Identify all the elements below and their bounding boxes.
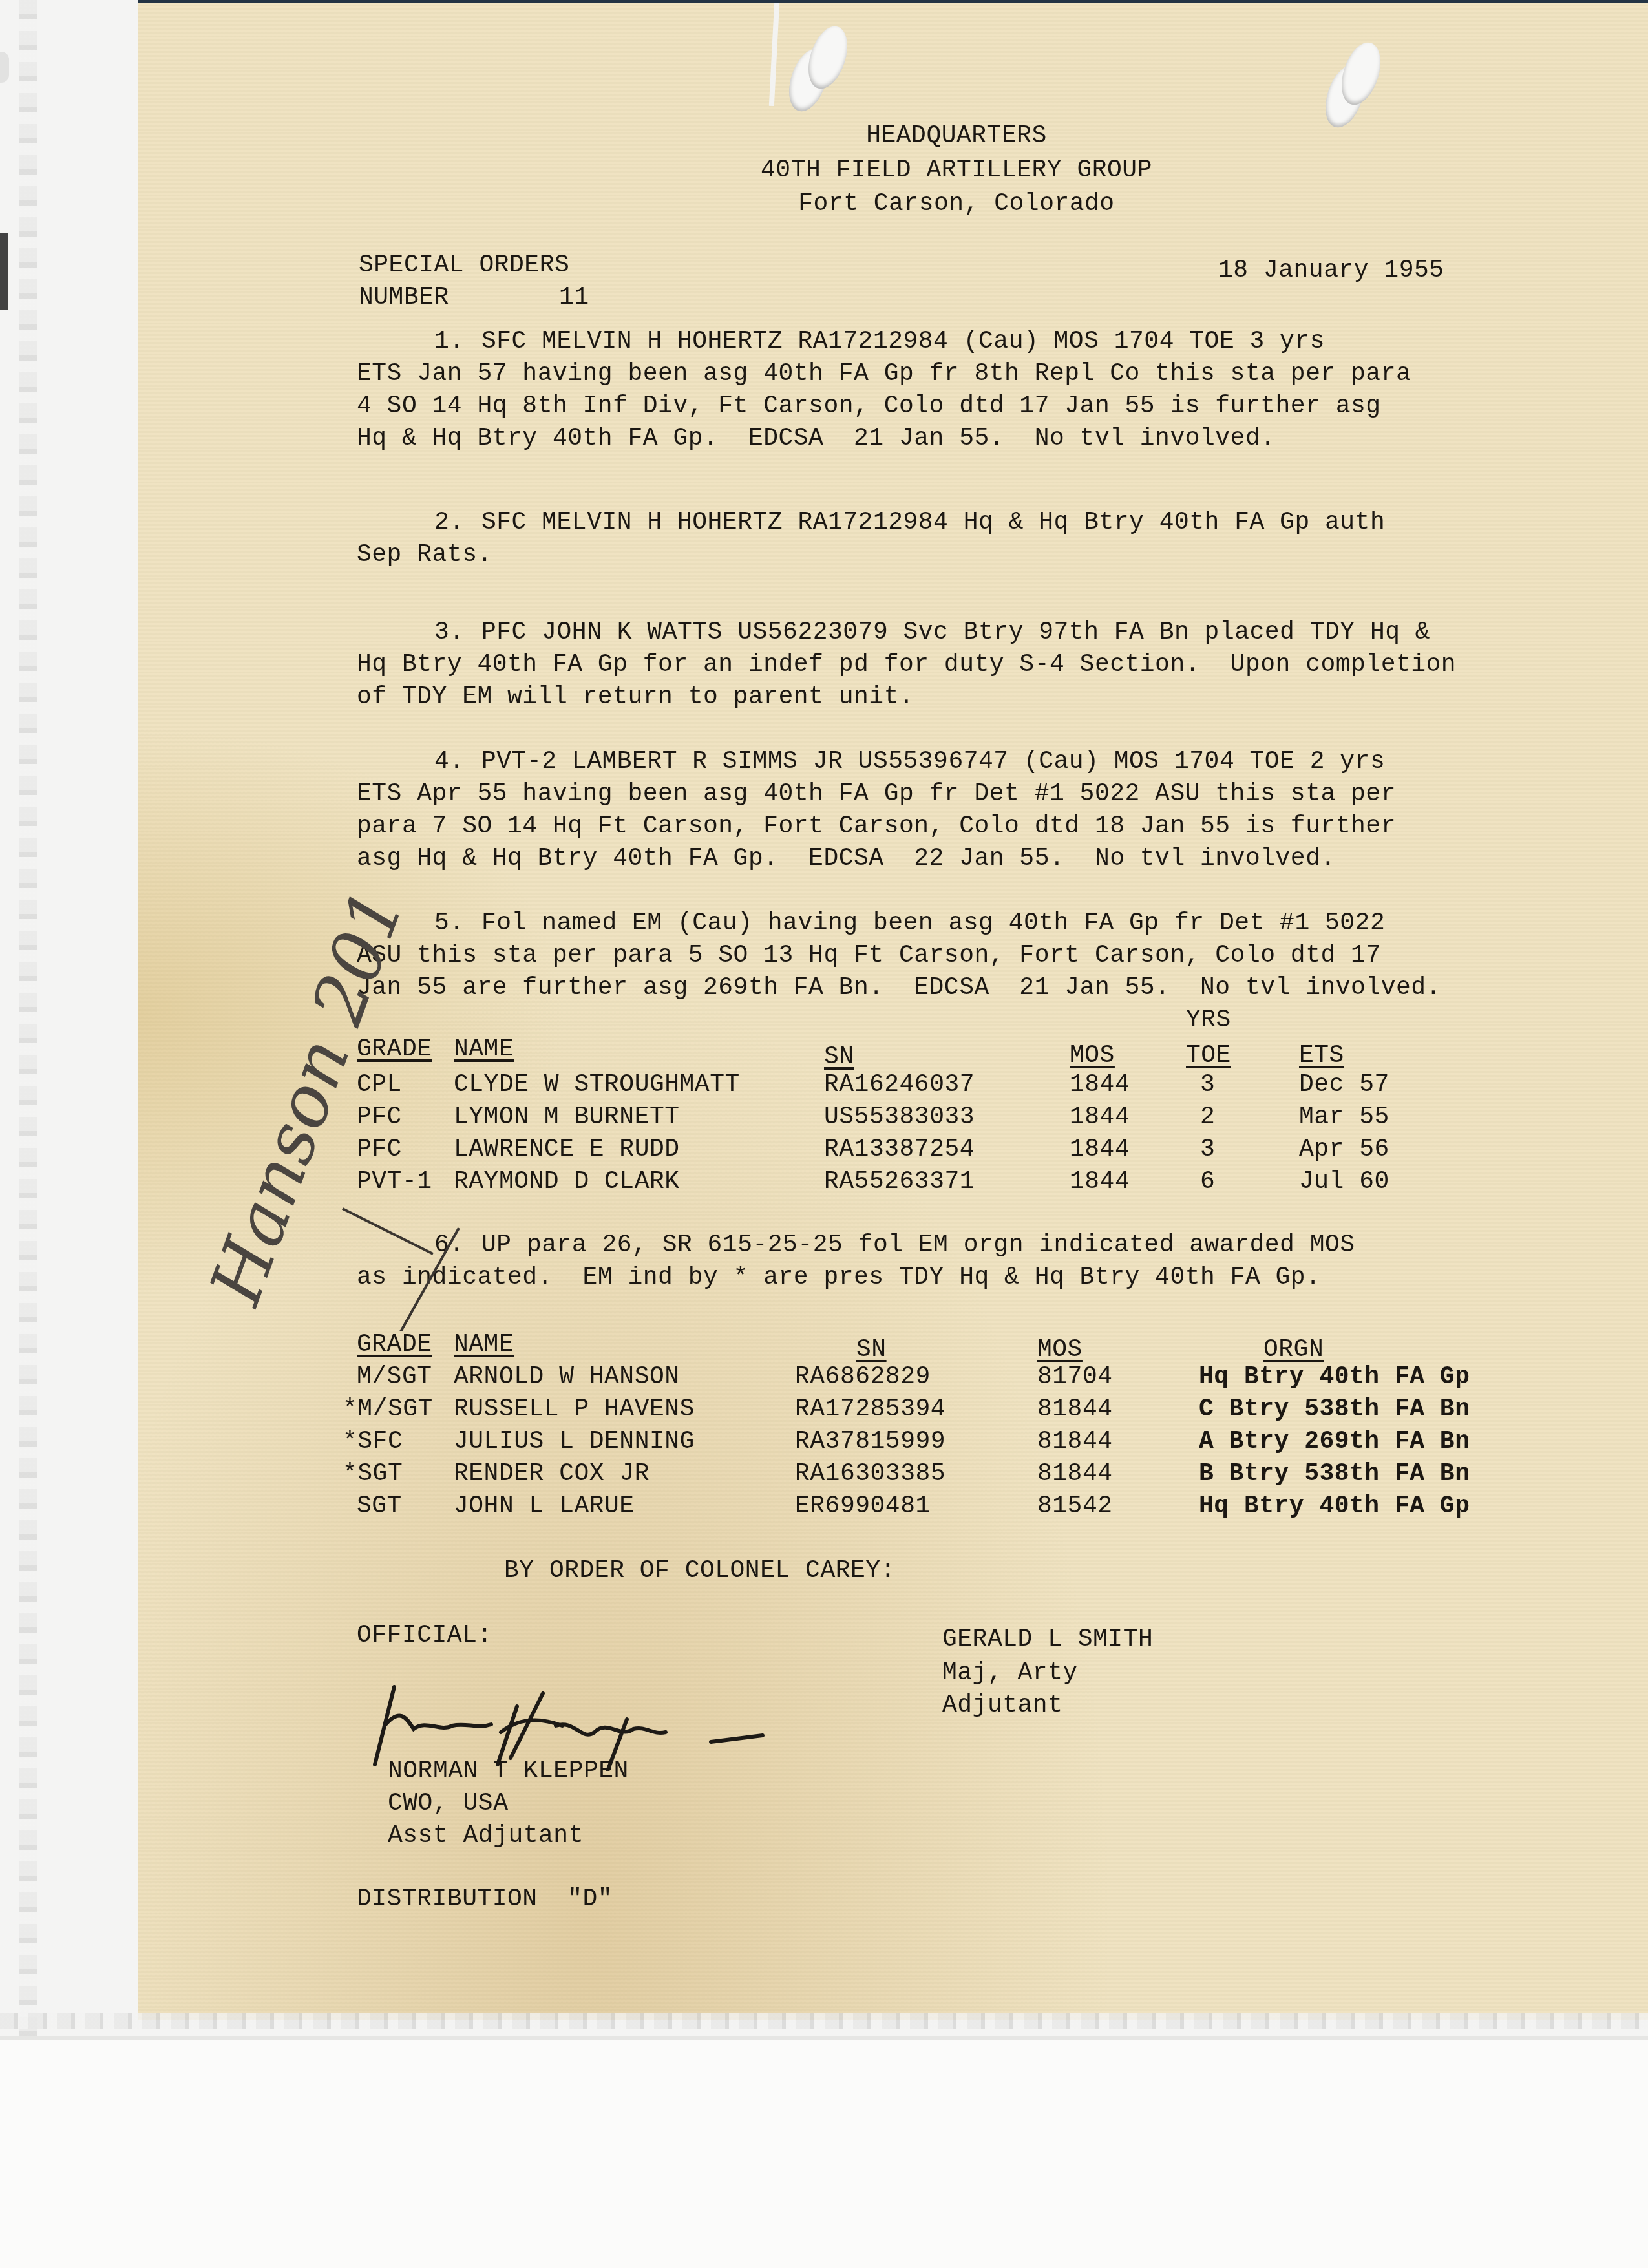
table-cell: Jul 60 [1299, 1170, 1389, 1194]
paragraph-1-line: ETS Jan 57 having been asg 40th FA Gp fr… [357, 362, 1411, 387]
table-cell: LAWRENCE E RUDD [454, 1138, 680, 1162]
paragraph-4-line: asg Hq & Hq Btry 40th FA Gp. EDCSA 22 Ja… [357, 847, 1336, 871]
table-cell: *M/SGT [343, 1397, 433, 1422]
distribution-line: DISTRIBUTION "D" [357, 1887, 613, 1912]
table-cell: C Btry 538th FA Bn [1199, 1397, 1470, 1422]
table-cell: A Btry 269th FA Bn [1199, 1430, 1470, 1454]
order-date: 18 January 1955 [1218, 259, 1444, 283]
table-cell: *SGT [343, 1462, 403, 1487]
paragraph-number: 3. [434, 620, 465, 645]
table-cell: Hq Btry 40th FA Gp [1199, 1494, 1470, 1519]
binder-label-mark [0, 233, 8, 310]
order-number-label: NUMBER [359, 286, 449, 310]
by-order-line: BY ORDER OF COLONEL CAREY: [504, 1559, 896, 1584]
special-orders-title: SPECIAL ORDERS [359, 253, 569, 278]
table-cell: RUSSELL P HAVENS [454, 1397, 695, 1422]
asst-adjutant-title: Asst Adjutant [388, 1824, 584, 1849]
sheet-protector-tab [0, 52, 9, 83]
paragraph-number: 1. [434, 330, 465, 354]
table-cell: CLYDE W STROUGHMATT [454, 1073, 740, 1097]
table-cell: 2 [1200, 1105, 1215, 1130]
table-cell: RA55263371 [824, 1170, 975, 1194]
col-header-yrs: YRS [1186, 1008, 1231, 1033]
table-cell: Apr 56 [1299, 1138, 1389, 1162]
paragraph-5-line: Jan 55 are further asg 269th FA Bn. EDCS… [357, 976, 1441, 1001]
paragraph-3-line: of TDY EM will return to parent unit. [357, 685, 914, 710]
table-cell: 81542 [1037, 1494, 1113, 1519]
official-label: OFFICIAL: [357, 1624, 492, 1648]
col-header-sn: SN [856, 1338, 887, 1362]
table-cell: ARNOLD W HANSON [454, 1365, 680, 1390]
col-header-name: NAME [454, 1037, 514, 1062]
table-cell: 1844 [1070, 1073, 1130, 1097]
table-cell: CPL [357, 1073, 402, 1097]
table-cell: RA16303385 [795, 1462, 945, 1487]
table-cell: Mar 55 [1299, 1105, 1389, 1130]
sheet-protector-bottom-edge [0, 2013, 1648, 2029]
check-mark-icon [336, 1202, 504, 1331]
table-cell: 6 [1200, 1170, 1215, 1194]
paragraph-3-line: PFC JOHN K WATTS US56223079 Svc Btry 97t… [481, 620, 1430, 645]
paragraph-6-line: UP para 26, SR 615-25-25 fol EM orgn ind… [481, 1233, 1355, 1258]
table-cell: PVT-1 [357, 1170, 432, 1194]
table-cell: PFC [357, 1138, 402, 1162]
table-cell: 81704 [1037, 1365, 1113, 1390]
paragraph-4-line: ETS Apr 55 having been asg 40th FA Gp fr… [357, 782, 1396, 807]
adjutant-rank: Maj, Arty [942, 1661, 1078, 1686]
col-header-grade: GRADE [357, 1333, 432, 1357]
table-cell: US55383033 [824, 1105, 975, 1130]
table-cell: 1844 [1070, 1170, 1130, 1194]
table-cell: 3 [1200, 1073, 1215, 1097]
table-cell: PFC [357, 1105, 402, 1130]
table-cell: RA37815999 [795, 1430, 945, 1454]
table-cell: SGT [357, 1494, 402, 1519]
table-cell: RA17285394 [795, 1397, 945, 1422]
adjutant-name: GERALD L SMITH [942, 1627, 1153, 1652]
table-cell: 3 [1200, 1138, 1215, 1162]
paragraph-5-line: ASU this sta per para 5 SO 13 Hq Ft Cars… [357, 944, 1381, 968]
paragraph-number: 5. [434, 911, 465, 936]
paragraph-number: 2. [434, 511, 465, 535]
table-cell: *SFC [343, 1430, 403, 1454]
table-cell: 81844 [1037, 1462, 1113, 1487]
paragraph-2-line: SFC MELVIN H HOHERTZ RA17212984 Hq & Hq … [481, 511, 1385, 535]
col-header-name: NAME [454, 1333, 514, 1357]
asst-adjutant-rank: CWO, USA [388, 1792, 508, 1816]
table-cell: Dec 57 [1299, 1073, 1389, 1097]
paragraph-3-line: Hq Btry 40th FA Gp for an indef pd for d… [357, 653, 1456, 677]
table-cell: RA16246037 [824, 1073, 975, 1097]
letterhead-line-3: Fort Carson, Colorado [646, 192, 1267, 217]
adjutant-title: Adjutant [942, 1693, 1062, 1718]
table-cell: M/SGT [357, 1365, 432, 1390]
letterhead-line-2: 40TH FIELD ARTILLERY GROUP [646, 158, 1267, 183]
table-cell: 1844 [1070, 1138, 1130, 1162]
table-cell: Hq Btry 40th FA Gp [1199, 1365, 1470, 1390]
paragraph-4-line: para 7 SO 14 Hq Ft Carson, Fort Carson, … [357, 814, 1396, 839]
col-header-toe: TOE [1186, 1044, 1231, 1068]
table-cell: JOHN L LARUE [454, 1494, 635, 1519]
col-header-mos: MOS [1070, 1044, 1115, 1068]
col-header-sn: SN [824, 1045, 854, 1070]
sheet-protector-edge [19, 0, 37, 2036]
paragraph-1-line: SFC MELVIN H HOHERTZ RA17212984 (Cau) MO… [481, 330, 1325, 354]
table-cell: RA13387254 [824, 1138, 975, 1162]
col-header-orgn: ORGN [1263, 1338, 1324, 1362]
table-cell: 81844 [1037, 1430, 1113, 1454]
asst-adjutant-name: NORMAN T KLEPPEN [388, 1759, 629, 1784]
table-cell: JULIUS L DENNING [454, 1430, 695, 1454]
table-cell: LYMON M BURNETT [454, 1105, 680, 1130]
paragraph-4-line: PVT-2 LAMBERT R SIMMS JR US55396747 (Cau… [481, 750, 1385, 774]
table-cell: RAYMOND D CLARK [454, 1170, 680, 1194]
table-cell: B Btry 538th FA Bn [1199, 1462, 1470, 1487]
paragraph-1-line: 4 SO 14 Hq 8th Inf Div, Ft Carson, Colo … [357, 394, 1381, 419]
paragraph-1-line: Hq & Hq Btry 40th FA Gp. EDCSA 21 Jan 55… [357, 427, 1276, 451]
paragraph-2-line: Sep Rats. [357, 543, 492, 567]
letterhead-line-1: HEADQUARTERS [646, 124, 1267, 149]
table-cell: 1844 [1070, 1105, 1130, 1130]
paragraph-5-line: Fol named EM (Cau) having been asg 40th … [481, 911, 1385, 936]
paper-crease [769, 3, 779, 106]
table-cell: ER6990481 [795, 1494, 931, 1519]
col-header-mos: MOS [1037, 1338, 1083, 1362]
order-number: 11 [559, 286, 589, 310]
paragraph-number: 4. [434, 750, 465, 774]
table-cell: RA6862829 [795, 1365, 931, 1390]
col-header-ets: ETS [1299, 1044, 1344, 1068]
table-cell: RENDER COX JR [454, 1462, 650, 1487]
table-cell: 81844 [1037, 1397, 1113, 1422]
